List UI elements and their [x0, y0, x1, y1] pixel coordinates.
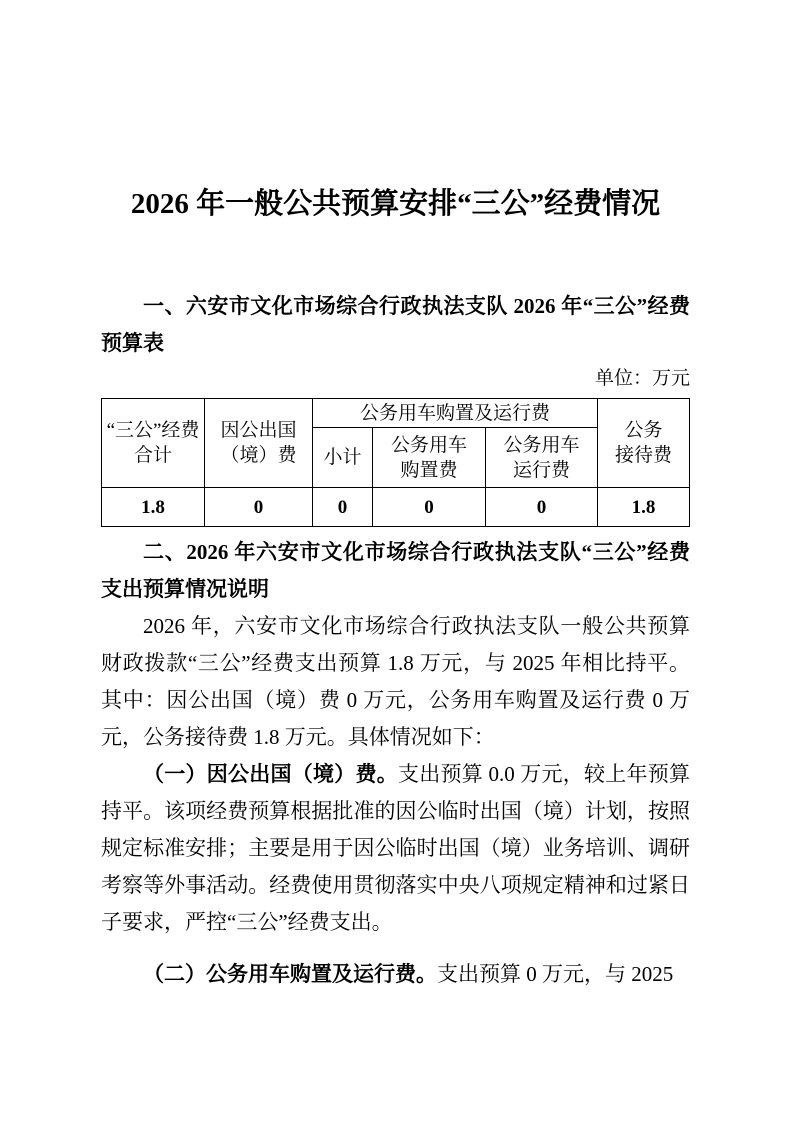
value-abroad-fee: 0	[205, 488, 313, 527]
paragraph-overview: 2026 年，六安市文化市场综合行政执法支队一般公共预算财政拨款“三公”经费支出…	[101, 608, 690, 756]
document-content: 2026 年一般公共预算安排“三公”经费情况 一、六安市文化市场综合行政执法支队…	[101, 0, 690, 993]
document-page: 2026 年一般公共预算安排“三公”经费情况 一、六安市文化市场综合行政执法支队…	[0, 0, 793, 1122]
paragraph-item1-body: 支出预算 0.0 万元，较上年预算持平。该项经费预算根据批准的因公临时出国（境）…	[101, 762, 690, 934]
header-sangong-total: “三公”经费 合计	[102, 399, 205, 488]
paragraph-overview-text: 2026 年，六安市文化市场综合行政执法支队一般公共预算财政拨款“三公”经费支出…	[101, 614, 690, 749]
budget-table: “三公”经费 合计 因公出国 （境）费 公务用车购置及运行费 公务 接待费 小计…	[101, 398, 690, 527]
paragraph-item1-lead: （一）因公出国（境）费。	[143, 762, 398, 786]
section2-heading: 二、2026 年六安市文化市场综合行政执法支队“三公”经费支出预算情况说明	[101, 534, 690, 608]
header-subtotal: 小计	[313, 428, 373, 488]
paragraph-item2-body: 支出预算 0 万元，与 2025	[437, 962, 673, 986]
header-vehicle-operation: 公务用车 运行费	[486, 428, 598, 488]
header-reception-fee: 公务 接待费	[598, 399, 690, 488]
table-header-row-1: “三公”经费 合计 因公出国 （境）费 公务用车购置及运行费 公务 接待费	[102, 399, 690, 428]
table-value-row: 1.8 0 0 0 0 1.8	[102, 488, 690, 527]
value-vehicle-operation: 0	[486, 488, 598, 527]
header-abroad-fee: 因公出国 （境）费	[205, 399, 313, 488]
header-vehicle-purchase: 公务用车 购置费	[373, 428, 486, 488]
table-unit-label: 单位：万元	[101, 362, 690, 396]
document-title: 2026 年一般公共预算安排“三公”经费情况	[101, 183, 690, 225]
paragraph-item2-lead: （二）公务用车购置及运行费。	[143, 962, 437, 986]
paragraph-item1: （一）因公出国（境）费。支出预算 0.0 万元，较上年预算持平。该项经费预算根据…	[101, 756, 690, 941]
value-sangong-total: 1.8	[102, 488, 205, 527]
value-subtotal: 0	[313, 488, 373, 527]
value-vehicle-purchase: 0	[373, 488, 486, 527]
value-reception-fee: 1.8	[598, 488, 690, 527]
paragraph-item2: （二）公务用车购置及运行费。支出预算 0 万元，与 2025	[101, 956, 690, 993]
header-vehicle-group: 公务用车购置及运行费	[313, 399, 598, 428]
section1-heading: 一、六安市文化市场综合行政执法支队 2026 年“三公”经费预算表	[101, 288, 690, 362]
